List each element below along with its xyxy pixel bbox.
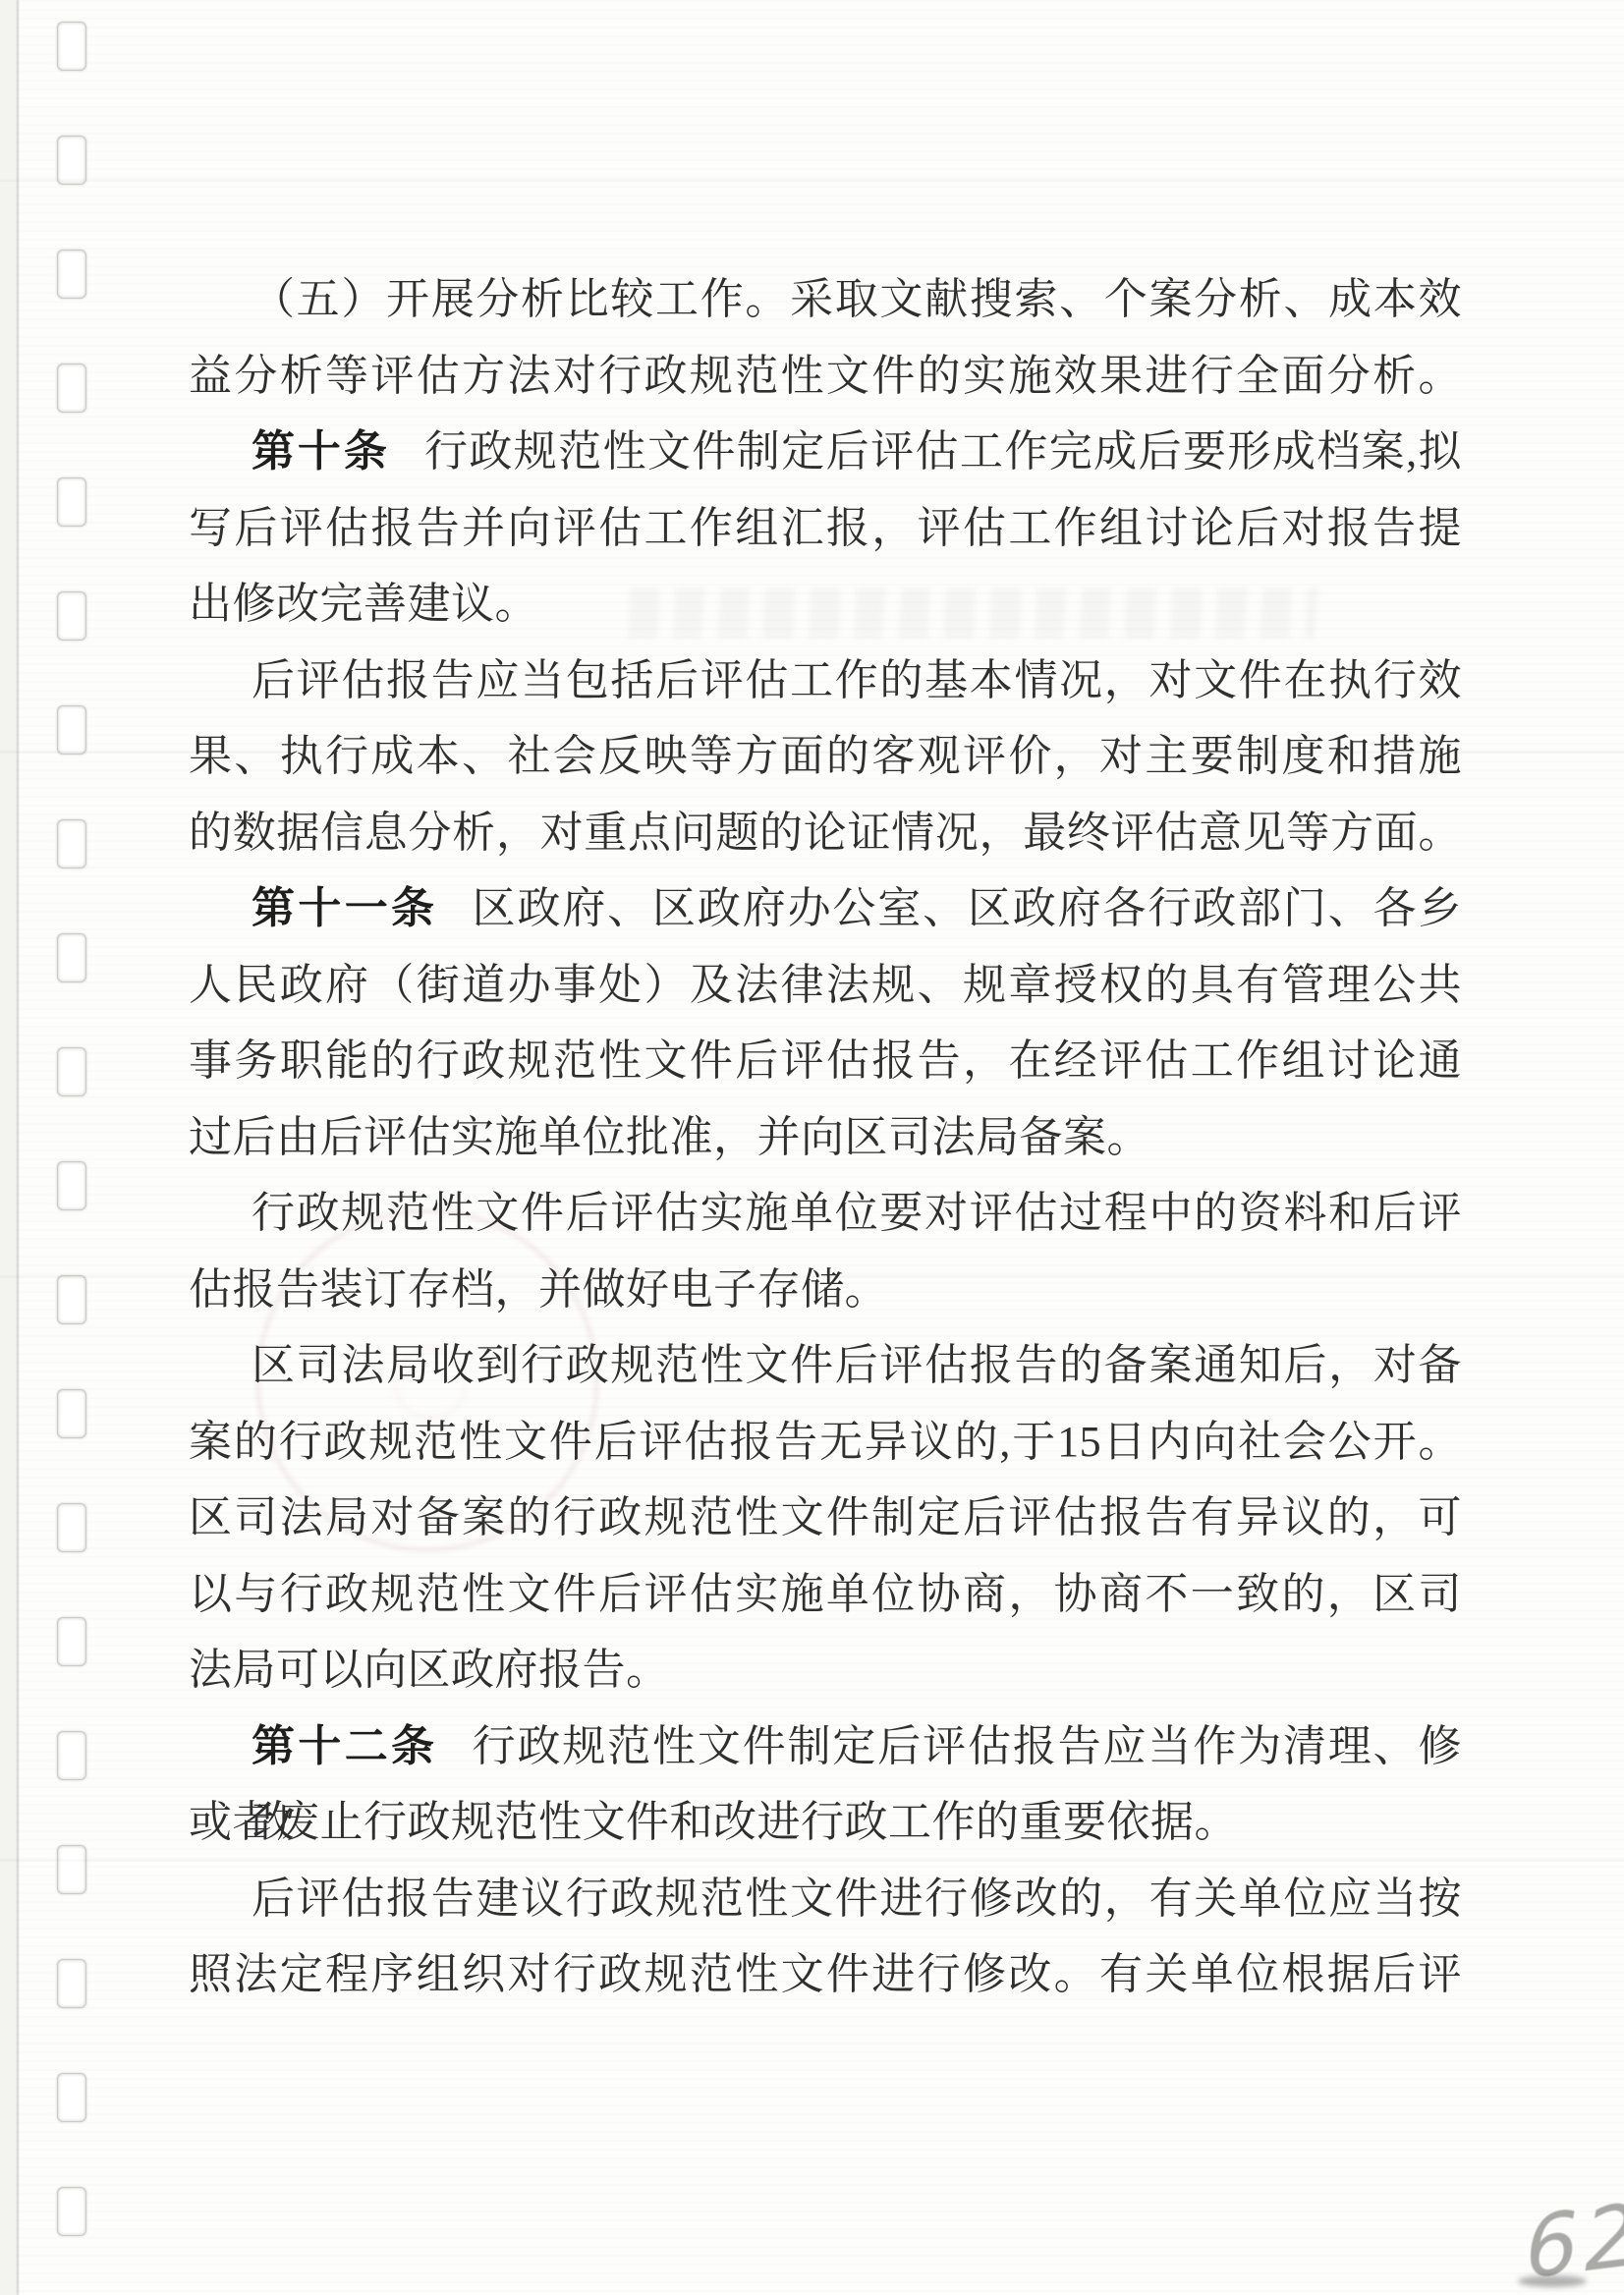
text-line-content: 区司法局收到行政规范性文件后评估报告的备案通知后，对备: [252, 1341, 1462, 1389]
text-line-content: 案的行政规范性文件后评估报告无异议的,于15日内向社会公开。: [189, 1418, 1462, 1466]
binder-hole: [57, 250, 86, 299]
text-line-content: 过后由后评估实施单位批准，并向区司法局备案。: [189, 1113, 1150, 1161]
text-line: 的数据信息分析，对重点问题的论证情况，最终评估意见等方面。: [189, 795, 1462, 871]
text-line: 以与行政规范性文件后评估实施单位协商，协商不一致的，区司: [189, 1556, 1462, 1633]
article-number: 第十二条: [252, 1722, 437, 1770]
binder-hole: [57, 1161, 86, 1210]
binder-hole: [57, 705, 86, 755]
text-line: 写后评估报告并向评估工作组汇报，评估工作组讨论后对报告提: [189, 490, 1462, 567]
text-line-content: 的数据信息分析，对重点问题的论证情况，最终评估意见等方面。: [189, 809, 1462, 857]
text-line-content: 法局可以向区政府报告。: [189, 1646, 670, 1694]
text-line: 照法定程序组织对行政规范性文件进行修改。有关单位根据后评: [189, 1936, 1462, 2013]
text-line-content: 后评估报告应当包括后评估工作的基本情况，对文件在执行效: [252, 656, 1462, 704]
binder-hole: [57, 591, 86, 641]
text-line: 案的行政规范性文件后评估报告无异议的,于15日内向社会公开。: [189, 1404, 1462, 1481]
text-line-content: 果、执行成本、社会反映等方面的客观评价，对主要制度和措施: [189, 732, 1462, 780]
scan-edge-line: [17, 0, 19, 2295]
binder-hole: [57, 136, 86, 185]
text-line: 益分析等评估方法对行政规范性文件的实施效果进行全面分析。: [189, 338, 1462, 415]
article-number: 第十条: [252, 427, 390, 476]
text-line: 区司法局对备案的行政规范性文件制定后评估报告有异议的，可: [189, 1480, 1462, 1556]
binder-hole: [57, 22, 86, 71]
text-line: 或者废止行政规范性文件和改进行政工作的重要依据。: [189, 1784, 1462, 1861]
binder-hole: [57, 2187, 86, 2236]
text-line: 法局可以向区政府报告。: [189, 1632, 1462, 1708]
text-line-content: 益分析等评估方法对行政规范性文件的实施效果进行全面分析。: [189, 352, 1462, 400]
text-line-content: 写后评估报告并向评估工作组汇报，评估工作组讨论后对报告提: [189, 504, 1462, 552]
text-line-content: 行政规范性文件后评估实施单位要对评估过程中的资料和后评: [252, 1189, 1462, 1237]
text-line-content: 行政规范性文件制定后评估工作完成后要形成档案,拟: [424, 427, 1462, 476]
binder-hole: [57, 819, 86, 868]
text-line-content: 出修改完善建议。: [189, 580, 538, 628]
binder-hole: [57, 2073, 86, 2122]
text-line: 第十一条区政府、区政府办公室、区政府各行政部门、各乡: [189, 870, 1462, 947]
article-number: 第十一条: [252, 884, 437, 932]
binder-hole: [57, 1731, 86, 1780]
text-line: 区司法局收到行政规范性文件后评估报告的备案通知后，对备: [189, 1327, 1462, 1404]
binder-hole: [57, 1617, 86, 1666]
text-line-content: 事务职能的行政规范性文件后评估报告，在经评估工作组讨论通: [189, 1036, 1462, 1085]
text-line-content: 以与行政规范性文件后评估实施单位协商，协商不一致的，区司: [189, 1570, 1462, 1618]
binder-hole: [57, 1389, 86, 1438]
binder-hole: [57, 933, 86, 982]
scan-edge-strip: [0, 0, 17, 2295]
text-line: 人民政府（街道办事处）及法律法规、规章授权的具有管理公共: [189, 947, 1462, 1024]
text-line: （五）开展分析比较工作。采取文献搜索、个案分析、成本效: [189, 261, 1462, 338]
text-line-content: 区政府、区政府办公室、区政府各行政部门、各乡: [473, 884, 1462, 932]
binder-hole: [57, 477, 86, 527]
binder-hole: [57, 1845, 86, 1894]
text-line: 后评估报告建议行政规范性文件进行修改的，有关单位应当按: [189, 1861, 1462, 1937]
text-line: 估报告装订存档，并做好电子存储。: [189, 1252, 1462, 1328]
text-line-content: 后评估报告建议行政规范性文件进行修改的，有关单位应当按: [252, 1875, 1462, 1923]
binder-hole: [57, 1275, 86, 1324]
text-line: 果、执行成本、社会反映等方面的客观评价，对主要制度和措施: [189, 718, 1462, 795]
text-line-content: 照法定程序组织对行政规范性文件进行修改。有关单位根据后评: [189, 1950, 1462, 1998]
text-line: 行政规范性文件后评估实施单位要对评估过程中的资料和后评: [189, 1175, 1462, 1252]
binder-hole: [57, 1047, 86, 1096]
text-line-content: 或者废止行政规范性文件和改进行政工作的重要依据。: [189, 1798, 1238, 1846]
text-line: 事务职能的行政规范性文件后评估报告，在经评估工作组讨论通: [189, 1023, 1462, 1099]
text-line: 出修改完善建议。: [189, 566, 1462, 643]
document-text: （五）开展分析比较工作。采取文献搜索、个案分析、成本效益分析等评估方法对行政规范…: [189, 261, 1462, 2013]
scan-streak: [0, 179, 1624, 182]
text-line-content: 估报告装订存档，并做好电子存储。: [189, 1265, 888, 1314]
text-line: 第十条行政规范性文件制定后评估工作完成后要形成档案,拟: [189, 414, 1462, 490]
text-line: 后评估报告应当包括后评估工作的基本情况，对文件在执行效: [189, 643, 1462, 719]
text-line: 过后由后评估实施单位批准，并向区司法局备案。: [189, 1099, 1462, 1176]
text-line-content: （五）开展分析比较工作。采取文献搜索、个案分析、成本效: [252, 275, 1462, 323]
binder-hole: [57, 364, 86, 413]
text-line-content: 人民政府（街道办事处）及法律法规、规章授权的具有管理公共: [189, 961, 1462, 1009]
scan-smudge: [1518, 2275, 1587, 2287]
text-line: 第十二条行政规范性文件制定后评估报告应当作为清理、修改: [189, 1708, 1462, 1785]
binder-hole: [57, 1959, 86, 2008]
text-line-content: 区司法局对备案的行政规范性文件制定后评估报告有异议的，可: [189, 1493, 1462, 1541]
binder-hole: [57, 1503, 86, 1552]
